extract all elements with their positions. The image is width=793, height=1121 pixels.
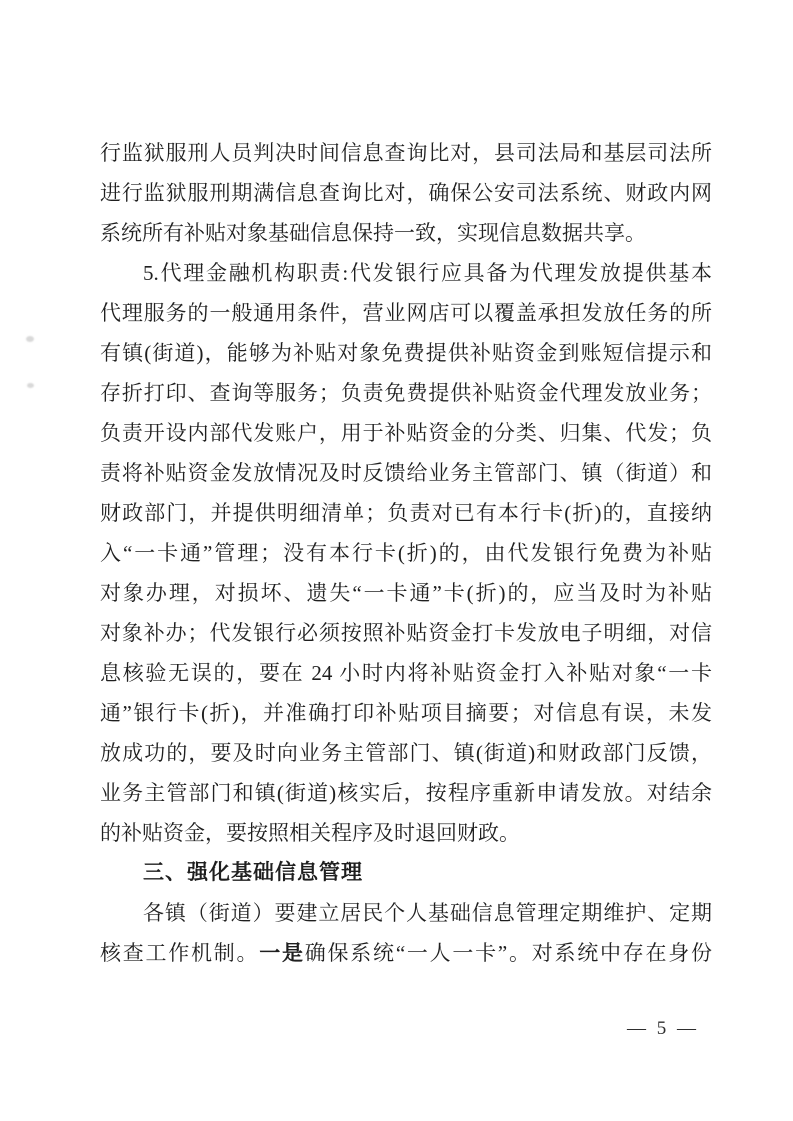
text-segment: 息核验无误的，要在 24 小时内将补贴资金打入补贴对象“一卡 [100,661,712,685]
text-segment: 财政部门，并提供明细清单；负责对已有本行卡(折)的，直接纳 [100,501,712,525]
section-heading: 三、强化基础信息管理 [100,853,712,893]
text-segment: 有镇(街道)，能够为补贴对象免费提供补贴资金到账短信提示和 [100,341,712,365]
text-segment: 入“一卡通”管理；没有本行卡(折)的，由代发银行免费为补贴 [100,541,712,565]
text-line: 各镇（街道）要建立居民个人基础信息管理定期维护、定期 [100,893,712,933]
text-segment: 对象办理，对损坏、遗失“一卡通”卡(折)的，应当及时为补贴 [100,581,712,605]
text-line: 放成功的，要及时向业务主管部门、镇(街道)和财政部门反馈， [100,733,712,773]
scan-artifact [27,383,34,388]
document-page: 行监狱服刑人员判决时间信息查询比对，县司法局和基层司法所进行监狱服刑期满信息查询… [0,0,793,1121]
text-segment: 确保系统“一人一卡”。对系统中存在身份 [305,941,712,965]
scan-artifact [26,336,34,342]
emphasis-text: 一是 [259,942,305,965]
text-line: 存折打印、查询等服务；负责免费提供补贴资金代理发放业务； [100,373,712,413]
text-segment: 三、强化基础信息管理 [143,861,363,884]
text-line: 有镇(街道)，能够为补贴对象免费提供补贴资金到账短信提示和 [100,333,712,373]
text-line: 对象补办；代发银行必须按照补贴资金打卡发放电子明细，对信 [100,613,712,653]
text-line: 入“一卡通”管理；没有本行卡(折)的，由代发银行免费为补贴 [100,533,712,573]
text-line: 的补贴资金，要按照相关程序及时退回财政。 [100,813,712,853]
text-segment: 负责开设内部代发账户，用于补贴资金的分类、归集、代发；负 [100,421,712,445]
text-segment: 通”银行卡(折)，并准确打印补贴项目摘要；对信息有误，未发 [100,701,712,725]
text-segment: 5.代理金融机构职责:代发银行应具备为代理发放提供基本 [143,261,712,285]
text-line: 业务主管部门和镇(街道)核实后，按程序重新申请发放。对结余 [100,773,712,813]
text-line: 对象办理，对损坏、遗失“一卡通”卡(折)的，应当及时为补贴 [100,573,712,613]
text-line: 进行监狱服刑期满信息查询比对，确保公安司法系统、财政内网 [100,173,712,213]
text-line: 系统所有补贴对象基础信息保持一致，实现信息数据共享。 [100,213,712,253]
text-segment: 对象补办；代发银行必须按照补贴资金打卡发放电子明细，对信 [100,621,712,645]
text-line: 息核验无误的，要在 24 小时内将补贴资金打入补贴对象“一卡 [100,653,712,693]
text-segment: 责将补贴资金发放情况及时反馈给业务主管部门、镇（街道）和 [100,461,712,485]
text-line: 负责开设内部代发账户，用于补贴资金的分类、归集、代发；负 [100,413,712,453]
text-line: 财政部门，并提供明细清单；负责对已有本行卡(折)的，直接纳 [100,493,712,533]
text-segment: 放成功的，要及时向业务主管部门、镇(街道)和财政部门反馈， [100,741,712,765]
text-segment: 行监狱服刑人员判决时间信息查询比对，县司法局和基层司法所 [100,141,712,165]
text-segment: 各镇（街道）要建立居民个人基础信息管理定期维护、定期 [143,901,712,925]
text-segment: 存折打印、查询等服务；负责免费提供补贴资金代理发放业务； [100,381,712,405]
text-segment: 进行监狱服刑期满信息查询比对，确保公安司法系统、财政内网 [100,181,712,205]
text-line: 5.代理金融机构职责:代发银行应具备为代理发放提供基本 [100,253,712,293]
text-line: 核查工作机制。一是确保系统“一人一卡”。对系统中存在身份 [100,933,712,973]
text-line: 责将补贴资金发放情况及时反馈给业务主管部门、镇（街道）和 [100,453,712,493]
text-line: 通”银行卡(折)，并准确打印补贴项目摘要；对信息有误，未发 [100,693,712,733]
text-line: 代理服务的一般通用条件，营业网店可以覆盖承担发放任务的所 [100,293,712,333]
text-segment: 核查工作机制。 [100,941,259,965]
text-segment: 业务主管部门和镇(街道)核实后，按程序重新申请发放。对结余 [100,781,712,805]
document-body: 行监狱服刑人员判决时间信息查询比对，县司法局和基层司法所进行监狱服刑期满信息查询… [100,133,712,973]
page-number: — 5 — [613,1016,713,1042]
text-segment: 代理服务的一般通用条件，营业网店可以覆盖承担发放任务的所 [100,301,712,325]
text-segment: 的补贴资金，要按照相关程序及时退回财政。 [100,821,520,845]
text-segment: 系统所有补贴对象基础信息保持一致，实现信息数据共享。 [100,221,646,245]
text-line: 行监狱服刑人员判决时间信息查询比对，县司法局和基层司法所 [100,133,712,173]
